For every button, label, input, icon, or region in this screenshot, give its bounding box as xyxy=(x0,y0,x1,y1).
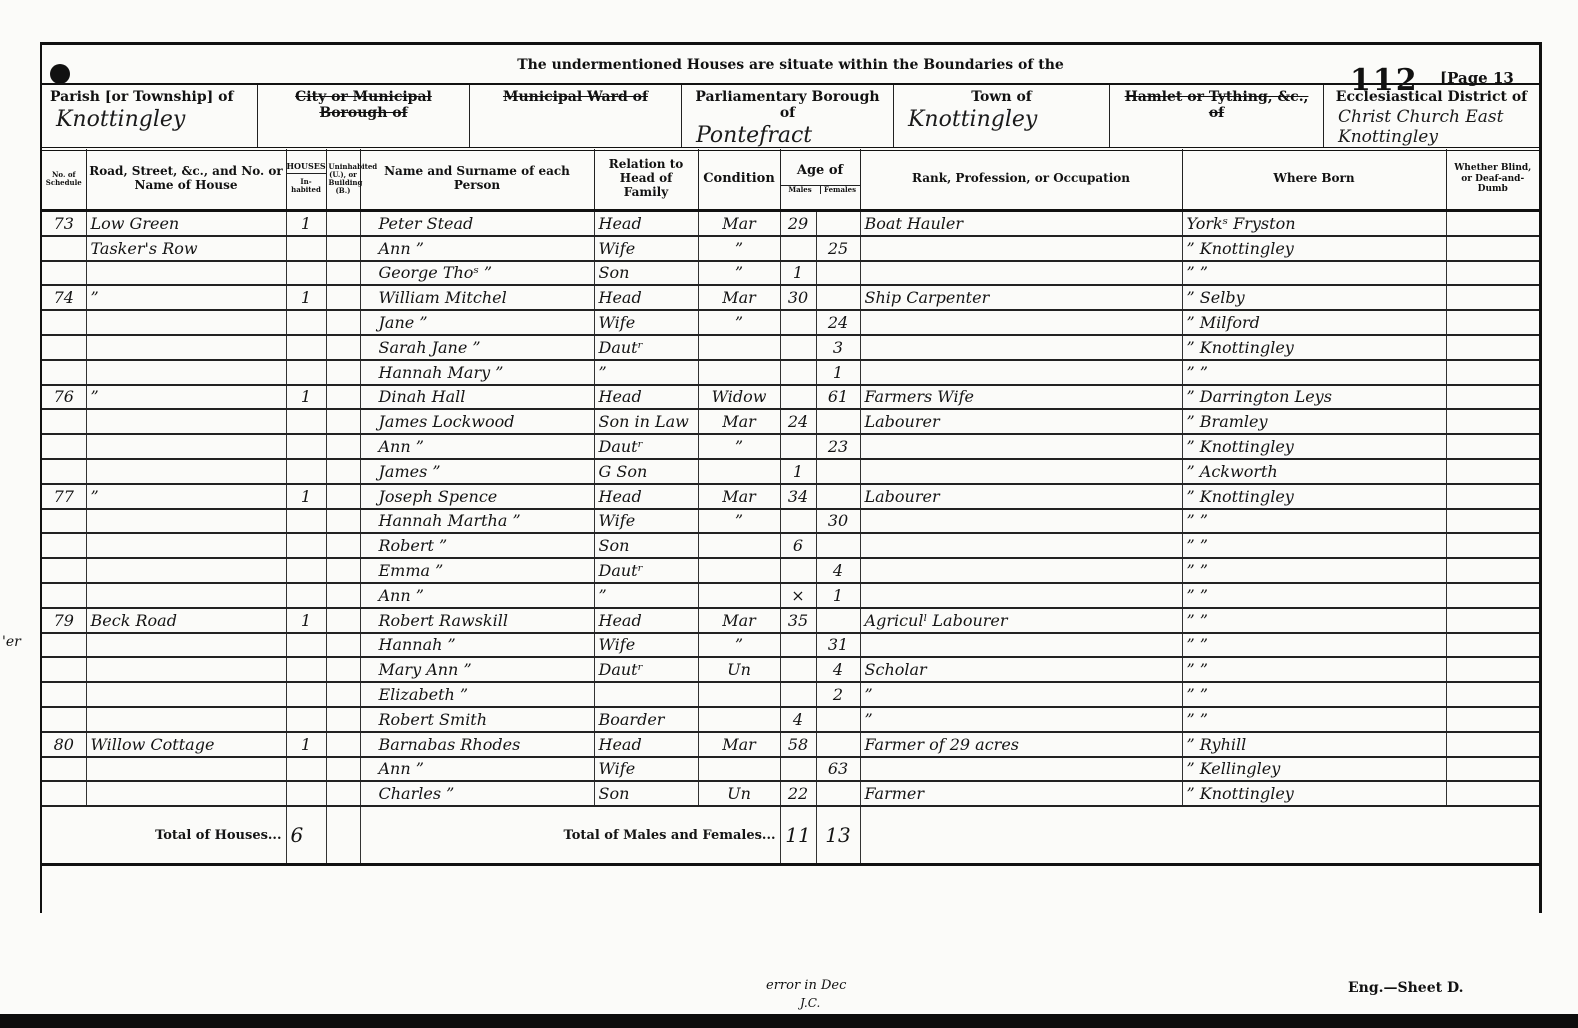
person-name-cell: Jane ” xyxy=(360,310,594,335)
condition-cell xyxy=(698,757,780,782)
person-name-cell: Ann ” xyxy=(360,236,594,261)
table-row: 77”1Joseph SpenceHeadMar34Labourer” Knot… xyxy=(42,484,1539,509)
birthplace-cell: ” Kellingley xyxy=(1182,757,1446,782)
occupation-cell xyxy=(860,335,1182,360)
district-value: Pontefract xyxy=(690,123,885,148)
column-header-row: No. of Schedule Road, Street, &c., and N… xyxy=(42,149,1539,211)
margin-note: 'er xyxy=(2,634,21,650)
relation-cell: Head xyxy=(594,385,698,410)
uninhabited-count-cell xyxy=(326,558,360,583)
condition-cell xyxy=(698,682,780,707)
age-male-cell xyxy=(780,335,816,360)
person-name-cell: Robert Rawskill xyxy=(360,608,594,633)
infirmity-cell xyxy=(1446,757,1539,782)
inhabited-count-cell xyxy=(286,335,326,360)
address-cell: Tasker's Row xyxy=(86,236,286,261)
schedule-number-cell xyxy=(42,558,86,583)
age-female-cell: 1 xyxy=(816,583,860,608)
age-female-cell: 24 xyxy=(816,310,860,335)
infirmity-cell xyxy=(1446,434,1539,459)
age-female-cell xyxy=(816,533,860,558)
occupation-cell: Farmer xyxy=(860,781,1182,806)
table-row: James LockwoodSon in LawMar24Labourer” B… xyxy=(42,409,1539,434)
relation-cell: G Son xyxy=(594,459,698,484)
age-male-cell xyxy=(780,385,816,410)
schedule-number-cell: 74 xyxy=(42,285,86,310)
relation-cell: Wife xyxy=(594,757,698,782)
district-value: Knottingley xyxy=(902,107,1101,132)
address-cell xyxy=(86,707,286,732)
totals-blank xyxy=(860,806,1539,865)
person-name-cell: Sarah Jane ” xyxy=(360,335,594,360)
relation-cell: Son xyxy=(594,261,698,286)
age-label: Age of xyxy=(781,164,860,186)
age-female-cell xyxy=(816,781,860,806)
district-label: Parish [or Township] of xyxy=(50,89,249,105)
age-female-cell: 25 xyxy=(816,236,860,261)
table-row: James ”G Son1” Ackworth xyxy=(42,459,1539,484)
address-cell xyxy=(86,509,286,534)
inhabited-count-cell: 1 xyxy=(286,385,326,410)
inhabited-count-cell xyxy=(286,558,326,583)
occupation-cell xyxy=(860,459,1182,484)
age-female-cell xyxy=(816,608,860,633)
infirmity-cell xyxy=(1446,657,1539,682)
inhabited-label: In-habited xyxy=(291,177,321,194)
age-male-cell: 4 xyxy=(780,707,816,732)
district-value: Christ Church East Knottingley xyxy=(1332,107,1531,147)
schedule-number-cell: 73 xyxy=(42,211,86,236)
uninhabited-count-cell xyxy=(326,707,360,732)
condition-cell xyxy=(698,335,780,360)
age-male-cell: 24 xyxy=(780,409,816,434)
totals-row: Total of Houses... 6 Total of Males and … xyxy=(42,806,1539,865)
district-parliamentary-borough: Parliamentary Borough of Pontefract xyxy=(682,85,894,147)
age-male-cell xyxy=(780,509,816,534)
table-row: 73Low Green1Peter SteadHeadMar29Boat Hau… xyxy=(42,211,1539,236)
inhabited-count-cell xyxy=(286,657,326,682)
schedule-number-cell xyxy=(42,409,86,434)
age-male-cell xyxy=(780,633,816,658)
occupation-cell xyxy=(860,583,1182,608)
condition-cell xyxy=(698,707,780,732)
uninhabited-count-cell xyxy=(326,360,360,385)
scan-edge xyxy=(0,1014,1578,1028)
occupation-cell: Ship Carpenter xyxy=(860,285,1182,310)
inhabited-count-cell xyxy=(286,261,326,286)
relation-cell: Dautʳ xyxy=(594,657,698,682)
table-row: Elizabeth ”2”” ” xyxy=(42,682,1539,707)
table-row: 74”1William MitchelHeadMar30Ship Carpent… xyxy=(42,285,1539,310)
occupation-cell xyxy=(860,236,1182,261)
birthplace-cell: Yorkˢ Fryston xyxy=(1182,211,1446,236)
relation-cell: Head xyxy=(594,285,698,310)
person-name-cell: Hannah Mary ” xyxy=(360,360,594,385)
condition-cell: Un xyxy=(698,657,780,682)
uninhabited-count-cell xyxy=(326,781,360,806)
schedule-number-cell xyxy=(42,583,86,608)
person-name-cell: Ann ” xyxy=(360,434,594,459)
address-cell: ” xyxy=(86,285,286,310)
occupation-cell xyxy=(860,360,1182,385)
infirmity-cell xyxy=(1446,261,1539,286)
age-male-cell xyxy=(780,657,816,682)
table-row: Emma ”Dautʳ4” ” xyxy=(42,558,1539,583)
district-value: Knottingley xyxy=(50,107,249,132)
address-cell: Willow Cottage xyxy=(86,732,286,757)
birthplace-cell: ” ” xyxy=(1182,682,1446,707)
person-name-cell: Robert Smith xyxy=(360,707,594,732)
occupation-cell: Boat Hauler xyxy=(860,211,1182,236)
address-cell xyxy=(86,682,286,707)
age-male-cell: 6 xyxy=(780,533,816,558)
schedule-number-cell xyxy=(42,657,86,682)
correction-note: error in Dec xyxy=(766,978,846,993)
person-name-cell: Joseph Spence xyxy=(360,484,594,509)
schedule-number-cell: 76 xyxy=(42,385,86,410)
total-uninhabited-cell xyxy=(326,806,360,865)
table-row: Ann ”Dautʳ”23” Knottingley xyxy=(42,434,1539,459)
address-cell xyxy=(86,583,286,608)
condition-cell xyxy=(698,583,780,608)
district-label: Municipal Ward of xyxy=(478,89,673,105)
table-row: Robert ”Son6” ” xyxy=(42,533,1539,558)
birthplace-cell: ” ” xyxy=(1182,261,1446,286)
uninhabited-count-cell xyxy=(326,608,360,633)
condition-cell xyxy=(698,558,780,583)
females-label: Females xyxy=(820,186,860,194)
condition-cell: Mar xyxy=(698,409,780,434)
schedule-number-cell xyxy=(42,707,86,732)
relation-cell: Head xyxy=(594,608,698,633)
uninhabited-count-cell xyxy=(326,434,360,459)
inhabited-count-cell xyxy=(286,459,326,484)
table-row: Charles ”SonUn22Farmer” Knottingley xyxy=(42,781,1539,806)
person-name-cell: James ” xyxy=(360,459,594,484)
birthplace-cell: ” ” xyxy=(1182,360,1446,385)
age-female-cell: 23 xyxy=(816,434,860,459)
address-cell: ” xyxy=(86,385,286,410)
occupation-cell: ” xyxy=(860,707,1182,732)
uninhabited-count-cell xyxy=(326,732,360,757)
occupation-cell: Labourer xyxy=(860,409,1182,434)
age-male-cell xyxy=(780,310,816,335)
district-label: Hamlet or Tything, &c., of xyxy=(1118,89,1315,121)
age-male-cell: 29 xyxy=(780,211,816,236)
infirmity-cell xyxy=(1446,409,1539,434)
district-municipal-ward: Municipal Ward of xyxy=(470,85,682,147)
address-cell xyxy=(86,459,286,484)
males-label: Males xyxy=(781,186,820,194)
person-name-cell: William Mitchel xyxy=(360,285,594,310)
relation-cell: Head xyxy=(594,732,698,757)
age-female-cell: 4 xyxy=(816,558,860,583)
condition-cell: Widow xyxy=(698,385,780,410)
inhabited-count-cell xyxy=(286,409,326,434)
address-cell: Beck Road xyxy=(86,608,286,633)
condition-cell xyxy=(698,533,780,558)
occupation-cell xyxy=(860,558,1182,583)
infirmity-cell xyxy=(1446,211,1539,236)
person-name-cell: Emma ” xyxy=(360,558,594,583)
person-name-cell: Elizabeth ” xyxy=(360,682,594,707)
boundaries-heading: The undermentioned Houses are situate wi… xyxy=(42,57,1539,73)
person-name-cell: James Lockwood xyxy=(360,409,594,434)
occupation-cell xyxy=(860,757,1182,782)
age-male-cell: 1 xyxy=(780,261,816,286)
inhabited-count-cell xyxy=(286,757,326,782)
schedule-number-cell xyxy=(42,434,86,459)
table-row: Hannah Martha ”Wife”30” ” xyxy=(42,509,1539,534)
age-female-cell: 1 xyxy=(816,360,860,385)
person-name-cell: Mary Ann ” xyxy=(360,657,594,682)
condition-cell: Mar xyxy=(698,608,780,633)
age-male-cell xyxy=(780,360,816,385)
occupation-cell: Farmers Wife xyxy=(860,385,1182,410)
birthplace-cell: ” Ryhill xyxy=(1182,732,1446,757)
address-cell xyxy=(86,757,286,782)
age-male-cell xyxy=(780,434,816,459)
inhabited-count-cell: 1 xyxy=(286,211,326,236)
relation-cell: Wife xyxy=(594,310,698,335)
birthplace-cell: ” ” xyxy=(1182,533,1446,558)
col-occupation: Rank, Profession, or Occupation xyxy=(860,149,1182,211)
relation-cell: Head xyxy=(594,484,698,509)
address-cell xyxy=(86,633,286,658)
relation-cell: Dautʳ xyxy=(594,558,698,583)
col-inhabited: HOUSES In-habited xyxy=(286,149,326,211)
birthplace-cell: ” ” xyxy=(1182,583,1446,608)
age-male-cell: 35 xyxy=(780,608,816,633)
birthplace-cell: ” Darrington Leys xyxy=(1182,385,1446,410)
age-female-cell xyxy=(816,732,860,757)
table-row: Tasker's RowAnn ”Wife”25” Knottingley xyxy=(42,236,1539,261)
person-name-cell: Robert ” xyxy=(360,533,594,558)
uninhabited-count-cell xyxy=(326,310,360,335)
sheet-label: Eng.—Sheet D. xyxy=(1348,980,1463,996)
district-parish: Parish [or Township] of Knottingley xyxy=(42,85,258,147)
person-name-cell: Peter Stead xyxy=(360,211,594,236)
age-female-cell xyxy=(816,707,860,732)
district-label: Town of xyxy=(902,89,1101,105)
age-female-cell xyxy=(816,211,860,236)
age-female-cell: 3 xyxy=(816,335,860,360)
uninhabited-count-cell xyxy=(326,236,360,261)
district-town: Town of Knottingley xyxy=(894,85,1110,147)
occupation-cell xyxy=(860,633,1182,658)
occupation-cell xyxy=(860,509,1182,534)
age-female-cell: 30 xyxy=(816,509,860,534)
relation-cell: Wife xyxy=(594,509,698,534)
occupation-cell: Farmer of 29 acres xyxy=(860,732,1182,757)
birthplace-cell: ” ” xyxy=(1182,558,1446,583)
address-cell: Low Green xyxy=(86,211,286,236)
occupation-cell: Labourer xyxy=(860,484,1182,509)
birthplace-cell: ” ” xyxy=(1182,633,1446,658)
age-female-cell: 63 xyxy=(816,757,860,782)
relation-cell: Wife xyxy=(594,633,698,658)
col-infirmity: Whether Blind, or Deaf-and-Dumb xyxy=(1446,149,1539,211)
infirmity-cell xyxy=(1446,285,1539,310)
inhabited-count-cell xyxy=(286,583,326,608)
birthplace-cell: ” Knottingley xyxy=(1182,236,1446,261)
relation-cell: Son xyxy=(594,533,698,558)
person-name-cell: Charles ” xyxy=(360,781,594,806)
schedule-number-cell xyxy=(42,682,86,707)
uninhabited-count-cell xyxy=(326,657,360,682)
uninhabited-count-cell xyxy=(326,335,360,360)
age-male-cell xyxy=(780,757,816,782)
infirmity-cell xyxy=(1446,360,1539,385)
relation-cell: Head xyxy=(594,211,698,236)
schedule-number-cell xyxy=(42,236,86,261)
district-hamlet: Hamlet or Tything, &c., of xyxy=(1110,85,1324,147)
district-label: Parliamentary Borough of xyxy=(690,89,885,121)
age-female-cell xyxy=(816,285,860,310)
infirmity-cell xyxy=(1446,385,1539,410)
table-row: 76”1Dinah HallHeadWidow61Farmers Wife” D… xyxy=(42,385,1539,410)
table-row: 80Willow Cottage1Barnabas RhodesHeadMar5… xyxy=(42,732,1539,757)
inhabited-count-cell xyxy=(286,682,326,707)
age-male-cell xyxy=(780,236,816,261)
uninhabited-count-cell xyxy=(326,261,360,286)
infirmity-cell xyxy=(1446,732,1539,757)
address-cell xyxy=(86,434,286,459)
inhabited-count-cell: 1 xyxy=(286,608,326,633)
condition-cell xyxy=(698,459,780,484)
infirmity-cell xyxy=(1446,633,1539,658)
inhabited-count-cell xyxy=(286,707,326,732)
birthplace-cell: ” Bramley xyxy=(1182,409,1446,434)
person-name-cell: Ann ” xyxy=(360,757,594,782)
infirmity-cell xyxy=(1446,682,1539,707)
census-sheet: The undermentioned Houses are situate wi… xyxy=(40,42,1542,913)
condition-cell: Mar xyxy=(698,484,780,509)
relation-cell: Son xyxy=(594,781,698,806)
birthplace-cell: ” Knottingley xyxy=(1182,484,1446,509)
inhabited-count-cell: 1 xyxy=(286,285,326,310)
infirmity-cell xyxy=(1446,509,1539,534)
infirmity-cell xyxy=(1446,707,1539,732)
schedule-number-cell: 77 xyxy=(42,484,86,509)
birthplace-cell: ” Knottingley xyxy=(1182,781,1446,806)
age-male-cell: 1 xyxy=(780,459,816,484)
birthplace-cell: ” ” xyxy=(1182,509,1446,534)
inhabited-count-cell xyxy=(286,360,326,385)
infirmity-cell xyxy=(1446,533,1539,558)
condition-cell: Mar xyxy=(698,211,780,236)
table-row: Ann ””×1” ” xyxy=(42,583,1539,608)
uninhabited-count-cell xyxy=(326,509,360,534)
schedule-number-cell xyxy=(42,533,86,558)
address-cell: ” xyxy=(86,484,286,509)
inhabited-count-cell xyxy=(286,509,326,534)
occupation-cell xyxy=(860,434,1182,459)
district-municipal-borough: City or Municipal Borough of xyxy=(258,85,470,147)
uninhabited-count-cell xyxy=(326,409,360,434)
uninhabited-count-cell xyxy=(326,533,360,558)
uninhabited-count-cell xyxy=(326,459,360,484)
age-female-cell xyxy=(816,459,860,484)
relation-cell: Boarder xyxy=(594,707,698,732)
infirmity-cell xyxy=(1446,781,1539,806)
address-cell xyxy=(86,781,286,806)
census-table: No. of Schedule Road, Street, &c., and N… xyxy=(42,149,1539,866)
inhabited-count-cell xyxy=(286,633,326,658)
occupation-cell: ” xyxy=(860,682,1182,707)
occupation-cell xyxy=(860,261,1182,286)
table-row: 79Beck Road1Robert RawskillHeadMar35Agri… xyxy=(42,608,1539,633)
schedule-number-cell xyxy=(42,335,86,360)
inhabited-count-cell xyxy=(286,236,326,261)
inhabited-count-cell: 1 xyxy=(286,484,326,509)
infirmity-cell xyxy=(1446,558,1539,583)
infirmity-cell xyxy=(1446,236,1539,261)
condition-cell: ” xyxy=(698,261,780,286)
relation-cell: ” xyxy=(594,583,698,608)
col-condition: Condition xyxy=(698,149,780,211)
age-female-cell: 2 xyxy=(816,682,860,707)
birthplace-cell: ” Knottingley xyxy=(1182,434,1446,459)
schedule-number-cell xyxy=(42,509,86,534)
age-female-cell xyxy=(816,261,860,286)
relation-cell xyxy=(594,682,698,707)
uninhabited-count-cell xyxy=(326,484,360,509)
birthplace-cell: ” Ackworth xyxy=(1182,459,1446,484)
total-males-value: 11 xyxy=(780,806,816,865)
table-row: George Thoˢ ”Son”1” ” xyxy=(42,261,1539,286)
schedule-number-cell: 80 xyxy=(42,732,86,757)
col-age: Age of Males Females xyxy=(780,149,860,211)
condition-cell: Un xyxy=(698,781,780,806)
schedule-number-cell: 79 xyxy=(42,608,86,633)
age-female-cell xyxy=(816,484,860,509)
condition-cell: ” xyxy=(698,434,780,459)
age-female-cell: 31 xyxy=(816,633,860,658)
address-cell xyxy=(86,310,286,335)
age-male-cell xyxy=(780,682,816,707)
age-male-cell xyxy=(780,558,816,583)
person-name-cell: Barnabas Rhodes xyxy=(360,732,594,757)
uninhabited-count-cell xyxy=(326,633,360,658)
condition-cell: ” xyxy=(698,310,780,335)
schedule-number-cell xyxy=(42,360,86,385)
uninhabited-count-cell xyxy=(326,583,360,608)
table-row: Sarah Jane ”Dautʳ3” Knottingley xyxy=(42,335,1539,360)
relation-cell: ” xyxy=(594,360,698,385)
inhabited-count-cell: 1 xyxy=(286,732,326,757)
schedule-number-cell xyxy=(42,781,86,806)
uninhabited-count-cell xyxy=(326,285,360,310)
table-row: Mary Ann ”DautʳUn4Scholar” ” xyxy=(42,657,1539,682)
address-cell xyxy=(86,533,286,558)
total-houses-label: Total of Houses... xyxy=(42,806,286,865)
address-cell xyxy=(86,409,286,434)
col-where-born: Where Born xyxy=(1182,149,1446,211)
relation-cell: Son in Law xyxy=(594,409,698,434)
schedule-number-cell xyxy=(42,633,86,658)
birthplace-cell: ” ” xyxy=(1182,657,1446,682)
houses-group-label: HOUSES xyxy=(287,162,326,174)
person-name-cell: Hannah Martha ” xyxy=(360,509,594,534)
birthplace-cell: ” Knottingley xyxy=(1182,335,1446,360)
condition-cell: ” xyxy=(698,236,780,261)
uninhabited-count-cell xyxy=(326,385,360,410)
infirmity-cell xyxy=(1446,310,1539,335)
condition-cell: ” xyxy=(698,633,780,658)
table-row: Hannah ”Wife”31” ” xyxy=(42,633,1539,658)
age-male-cell: 30 xyxy=(780,285,816,310)
